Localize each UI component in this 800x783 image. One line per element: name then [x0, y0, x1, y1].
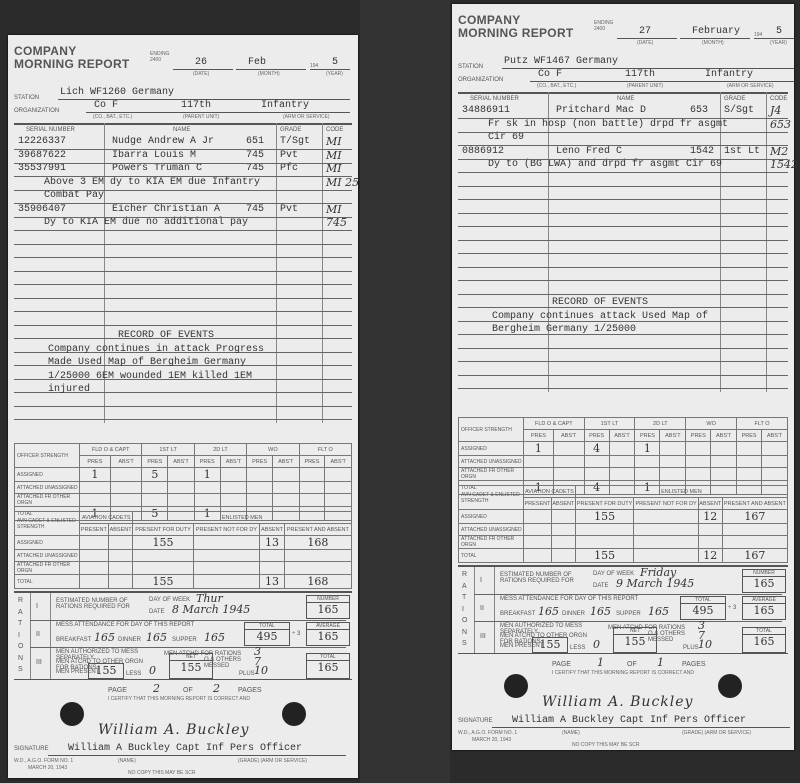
pres-header: PRES — [584, 430, 609, 442]
officer-strength-label: OFFICER STRENGTH — [459, 418, 524, 442]
cadets-absent — [108, 536, 133, 550]
cadets-present — [524, 549, 552, 563]
grade: S/Sgt — [724, 105, 754, 116]
enlisted-pnfd — [634, 524, 699, 536]
enlisted-pa — [284, 550, 351, 562]
officer-count: 1 — [194, 468, 220, 482]
officer-count — [220, 468, 247, 482]
ruled-line — [458, 213, 788, 214]
ration-date-value: 8 March 1945 — [172, 603, 250, 616]
ending-label: ENDING 2400 — [150, 51, 170, 63]
form-footer: NO COPY THIS MAY BE SCR — [572, 742, 639, 748]
page-number: 2 — [153, 682, 160, 695]
serial-number: 35906407 — [18, 204, 66, 215]
signature-typed-field: William A Buckley Capt Inf Pers Officer — [48, 743, 346, 756]
abst-header: ABS'T — [553, 430, 584, 442]
ruled-line — [14, 311, 352, 312]
enlisted-absent: 13 — [260, 575, 285, 589]
officer-count — [220, 482, 247, 494]
enlisted-pnfd — [634, 549, 699, 563]
punch-hole-right — [718, 674, 742, 698]
field-value: 27 — [639, 26, 651, 37]
pres-header: PRES — [524, 430, 554, 442]
roman-numeral: II — [480, 605, 484, 612]
dinner-value: 165 — [146, 631, 167, 644]
average-label: AVERAGE — [743, 597, 785, 604]
enlisted-pa — [722, 524, 787, 536]
status-code: 745 — [326, 216, 347, 229]
org-caption-arm: (ARM OR SERVICE) — [283, 114, 330, 120]
field-value: 26 — [195, 57, 207, 68]
officer-count — [660, 442, 686, 456]
divider — [30, 620, 346, 621]
ruled-line — [458, 388, 788, 389]
org-caption-parent: (PARENT UNIT) — [183, 114, 219, 120]
form-title: COMPANYMORNING REPORT — [458, 14, 574, 40]
date-caption: (DATE) — [637, 40, 653, 46]
form-id: W.D., A.G.O. FORM NO. 1 — [14, 758, 73, 764]
enlisted-absent — [698, 524, 722, 536]
mos-number: 745 — [246, 204, 264, 215]
ruled-line — [14, 298, 352, 299]
divider — [494, 567, 495, 653]
mess-attendance-label: MESS ATTENDANCE FOR DAY OF THIS REPORT — [56, 622, 194, 628]
field-value: Co F — [538, 69, 562, 80]
net-label: NET — [614, 628, 656, 635]
grand-total-box: TOTAL165 — [306, 653, 350, 679]
punch-hole-left — [60, 702, 84, 726]
officer-count — [711, 456, 737, 468]
entry-remark: Dy to (BG LWA) and drpd fr asgmt Cir 69 — [488, 159, 722, 170]
enlisted-strength-table: AVN CADET & ENLISTED STRENGTHAVIATION CA… — [14, 511, 352, 589]
field-value: Infantry — [705, 69, 753, 80]
row-label: ATTACHED UNASSIGNED — [459, 524, 524, 536]
cadets-absent — [551, 549, 575, 563]
ruled-line — [14, 406, 352, 407]
entry-row: 0886912Leno Fred C15421st LtM2 — [452, 146, 794, 159]
col-present-and-absent: PRESENT AND ABSENT — [722, 498, 787, 510]
col-absent: ABSENT — [698, 498, 722, 510]
officer-count — [609, 456, 635, 468]
number-value: 165 — [754, 577, 775, 590]
enlisted-absent — [260, 550, 285, 562]
average-value: 165 — [318, 630, 339, 643]
mess-total-box: TOTAL495 — [244, 622, 290, 646]
name-caption: (NAME) — [562, 730, 580, 736]
dinner-label: DINNER — [118, 637, 141, 643]
abst-header: ABS'T — [110, 456, 142, 468]
field-value: William A Buckley Capt Inf Pers Officer — [68, 743, 302, 754]
officer-count — [194, 482, 220, 494]
org-caption-unit: (CO., BAT., ETC.) — [93, 114, 132, 120]
abst-header: ABS'T — [220, 456, 247, 468]
dark-background-gap — [360, 0, 450, 783]
ruled-line — [458, 159, 788, 160]
breakfast-value: 165 — [538, 605, 559, 618]
cadets-present — [524, 536, 552, 549]
grade: Pfc — [280, 163, 298, 174]
officer-count — [609, 468, 635, 481]
men-present-box: 155 — [88, 663, 124, 679]
col-present: PRESENT — [524, 498, 552, 510]
officer-count — [553, 442, 584, 456]
cadets-absent — [551, 510, 575, 524]
divider — [30, 593, 31, 679]
pres-header: PRES — [247, 456, 273, 468]
station-label: STATION — [458, 64, 483, 70]
status-code: 1542 — [770, 158, 798, 171]
officer-count — [660, 468, 686, 481]
ruled-line — [458, 132, 788, 133]
ruled-line — [14, 176, 352, 177]
officer-count — [584, 456, 609, 468]
ruled-line — [458, 294, 788, 295]
enlisted-men-header: ENLISTED MEN — [575, 486, 787, 498]
entry-remark: Dy to KIA EM due no additional pay — [44, 217, 248, 228]
col-present-for-duty: PRESENT FOR DUTY — [133, 524, 193, 536]
number-label: NUMBER — [743, 570, 785, 577]
col-present-and-absent: PRESENT AND ABSENT — [284, 524, 351, 536]
page-total: 1 — [657, 656, 664, 669]
less-label: LESS — [570, 645, 585, 651]
officer-col-header: FLT O — [299, 444, 351, 456]
ruled-line — [14, 325, 352, 326]
row-label: ASSIGNED — [459, 442, 524, 456]
field-value: Co F — [94, 100, 118, 111]
officer-count — [325, 468, 352, 482]
ruled-line — [458, 361, 788, 362]
officer-strength-table: OFFICER STRENGTHFLD O & CAPT1ST LT2D LTW… — [14, 443, 352, 521]
officer-col-header: 2D LT — [194, 444, 246, 456]
enlisted-pa: 167 — [722, 549, 787, 563]
men-present-box: 155 — [532, 637, 568, 653]
enlisted-pnfd — [193, 550, 259, 562]
mos-number: 651 — [246, 136, 264, 147]
pres-header: PRES — [80, 456, 111, 468]
entry-row: 35906407Eicher Christian A745PvtMI — [8, 204, 358, 217]
report-date-field: 27 — [617, 26, 677, 39]
officer-count — [247, 468, 273, 482]
mos-number: 653 — [690, 105, 708, 116]
roman-numeral: I — [36, 603, 38, 610]
rations-letter: N — [18, 655, 23, 662]
mess-total-box: TOTAL495 — [680, 596, 726, 620]
officer-col-header: 1ST LT — [584, 418, 635, 430]
enlisted-absent: 12 — [698, 549, 722, 563]
report-year-field: 1945 — [754, 26, 794, 39]
net-value: 155 — [181, 661, 202, 674]
rations-letter: A — [462, 583, 467, 590]
event-line: 1/25000 6EM wounded 1EM killed 1EM — [48, 371, 252, 382]
enlisted-pnfd — [193, 562, 259, 575]
status-code: 653 — [770, 118, 791, 131]
rations-letter: T — [462, 594, 466, 601]
enlisted-absent — [698, 536, 722, 549]
grand-total-value: 165 — [318, 661, 339, 674]
entry-row: Cir 69 — [452, 132, 794, 145]
pages-label: PAGES — [238, 687, 262, 694]
officer-col-header: WO — [686, 418, 737, 430]
rations-letter: T — [18, 620, 22, 627]
event-line: Company continues attack Used Map of — [492, 311, 708, 322]
avn-strength-label: AVN CADET & ENLISTED STRENGTH — [15, 512, 80, 536]
row-label: ASSIGNED — [15, 468, 80, 482]
field-value: February — [692, 26, 740, 37]
grand-total-value: 165 — [754, 635, 775, 648]
header-rule — [14, 123, 352, 125]
dinner-label: DINNER — [562, 611, 585, 617]
station-field: Lich WF1260 Germany — [58, 87, 350, 100]
mos-number: 745 — [246, 150, 264, 161]
grade: 1st Lt — [724, 146, 760, 157]
rations-letter: S — [18, 666, 23, 673]
col-absent: ABSENT — [108, 524, 133, 536]
name-caption: (NAME) — [118, 758, 136, 764]
mos-number: 745 — [246, 163, 264, 174]
enlisted-absent: 13 — [260, 536, 285, 550]
cadets-present — [80, 562, 109, 575]
avn-strength-label: AVN CADET & ENLISTED STRENGTH — [459, 486, 524, 510]
enlisted-pfd — [133, 550, 193, 562]
entry-row: 35537991Powers Truman C745PfcMI — [8, 163, 358, 176]
officer-col-header: FLD O & CAPT — [80, 444, 142, 456]
month-caption: (MONTH) — [702, 40, 724, 46]
row-label: ATTACHED UNASSIGNED — [15, 550, 80, 562]
net-box: NET155 — [169, 653, 213, 679]
col-present-not-for-duty: PRESENT NOT FOR DY — [193, 524, 259, 536]
org-caption-parent: (PARENT UNIT) — [627, 83, 663, 89]
ruled-line — [14, 271, 352, 272]
page-label: PAGE — [552, 661, 571, 668]
enlisted-pnfd — [193, 575, 259, 589]
officer-count — [711, 468, 737, 481]
officer-strength-label: OFFICER STRENGTH — [15, 444, 80, 468]
ruled-line — [14, 419, 352, 420]
pres-header: PRES — [194, 456, 220, 468]
number-box: NUMBER165 — [742, 569, 786, 593]
enlisted-strength-table: AVN CADET & ENLISTED STRENGTHAVIATION CA… — [458, 485, 788, 563]
morning-report-card-feb-27: COMPANYMORNING REPORT ENDING 2400 27 Feb… — [452, 4, 794, 750]
officer-count — [325, 482, 352, 494]
date-caption: (DATE) — [193, 71, 209, 77]
officer-count — [524, 456, 554, 468]
officer-count — [737, 456, 762, 468]
enlisted-absent — [260, 562, 285, 575]
enlisted-pa: 167 — [722, 510, 787, 524]
field-value: Putz WF1467 Germany — [504, 56, 618, 67]
report-month-field: Feb — [236, 57, 306, 70]
pres-header: PRES — [686, 430, 711, 442]
col-present-for-duty: PRESENT FOR DUTY — [575, 498, 634, 510]
ruled-line — [458, 145, 788, 146]
enlisted-pfd — [133, 562, 193, 575]
col-present-not-for-duty: PRESENT NOT FOR DY — [634, 498, 699, 510]
abst-header: ABS'T — [660, 430, 686, 442]
rations-letter: S — [462, 640, 467, 647]
column-header-name: NAME — [173, 127, 190, 133]
page-count: PAGE2OF2PAGESI CERTIFY THAT THIS MORNING… — [8, 683, 358, 703]
col-present: PRESENT — [80, 524, 109, 536]
ruled-line — [458, 375, 788, 376]
rations-letter: R — [18, 597, 23, 604]
ending-label: ENDING 2400 — [594, 20, 614, 32]
page-label: PAGE — [108, 687, 127, 694]
plus-label: PLUS — [683, 645, 699, 651]
divider — [30, 647, 346, 648]
header-rule — [458, 92, 788, 94]
date-label: DATE — [593, 583, 609, 589]
report-month-field: February — [680, 26, 750, 39]
handwritten-signature: William A. Buckley — [98, 722, 249, 738]
enlisted-pfd — [575, 536, 634, 549]
officer-count — [168, 494, 195, 507]
plus-value: 10 — [698, 638, 712, 651]
rations-letter: A — [18, 609, 23, 616]
grade: Pvt — [280, 150, 298, 161]
grand-total-box: TOTAL165 — [742, 627, 786, 653]
enlisted-pnfd — [634, 536, 699, 549]
organization-label: ORGANIZATION — [458, 77, 503, 83]
row-label: ATTACHED FR OTHER ORGN — [459, 468, 524, 481]
abst-header: ABS'T — [609, 430, 635, 442]
certify-text: I CERTIFY THAT THIS MORNING REPORT IS CO… — [108, 696, 250, 702]
soldier-name: Nudge Andrew A Jr — [112, 136, 214, 147]
officer-count — [110, 494, 142, 507]
officer-count: 4 — [584, 442, 609, 456]
entry-row: Dy to (BG LWA) and drpd fr asgmt Cir 691… — [452, 159, 794, 172]
mess-total-value: 495 — [693, 604, 714, 617]
ruled-line — [14, 149, 352, 150]
ruled-line — [14, 163, 352, 164]
of-label: OF — [183, 687, 193, 694]
form-date: MARCH 20, 1943 — [28, 765, 67, 771]
officer-count: 1 — [80, 468, 111, 482]
mess-attendance-label: MESS ATTENDANCE FOR DAY OF THIS REPORT — [500, 596, 638, 602]
certify-text: I CERTIFY THAT THIS MORNING REPORT IS CO… — [552, 670, 694, 676]
officer-count — [635, 456, 660, 468]
officer-col-header: WO — [247, 444, 299, 456]
status-code: MI 25 — [326, 176, 359, 189]
cadets-absent — [108, 562, 133, 575]
average-value: 165 — [754, 604, 775, 617]
officer-count — [762, 442, 788, 456]
officer-strength-table: OFFICER STRENGTHFLD O & CAPT1ST LT2D LTW… — [458, 417, 788, 495]
form-footer: NO COPY THIS MAY BE SCR — [128, 770, 195, 776]
morning-report-card-feb-26: COMPANYMORNING REPORT ENDING 2400 26 Feb… — [8, 35, 358, 778]
officer-count — [762, 456, 788, 468]
form-id: W.D., A.G.O. FORM NO. 1 — [458, 730, 517, 736]
officer-count — [660, 456, 686, 468]
punch-hole-right — [282, 702, 306, 726]
officer-count — [220, 494, 247, 507]
row-label: ATTACHED FR OTHER ORGN — [459, 536, 524, 549]
enlisted-pa — [722, 536, 787, 549]
handwritten-signature: William A. Buckley — [542, 694, 693, 710]
less-label: LESS — [126, 671, 141, 677]
grade-caption: (GRADE) (ARM OR SERVICE) — [238, 758, 307, 764]
cadets-present — [80, 536, 109, 550]
grade-caption: (GRADE) (ARM OR SERVICE) — [682, 730, 751, 736]
enlisted-pa: 168 — [284, 536, 351, 550]
average-box: AVERAGE165 — [306, 622, 350, 646]
station-field: Putz WF1467 Germany — [502, 56, 794, 69]
supper-value: 165 — [204, 631, 225, 644]
row-label: TOTAL — [459, 549, 524, 563]
form-title: COMPANYMORNING REPORT — [14, 45, 130, 71]
pres-header: PRES — [142, 456, 168, 468]
est-rations-label: ESTIMATED NUMBER OF RATIONS REQUIRED FOR — [56, 598, 141, 610]
rations-letter: I — [462, 606, 464, 613]
date-label: DATE — [149, 609, 165, 615]
form-date: MARCH 20, 1943 — [472, 737, 511, 743]
punch-hole-left — [504, 674, 528, 698]
officer-count — [325, 494, 352, 507]
rations-letter: I — [18, 632, 20, 639]
year-caption: (YEAR) — [770, 40, 787, 46]
record-of-events-heading: RECORD OF EVENTS — [552, 297, 648, 308]
breakfast-label: BREAKFAST — [500, 611, 535, 617]
ruled-line — [458, 240, 788, 241]
field-value: 117th — [181, 100, 211, 111]
page-count: PAGE1OF1PAGESI CERTIFY THAT THIS MORNING… — [452, 657, 794, 677]
entry-remark: Cir 69 — [488, 132, 524, 143]
event-line: injured — [48, 384, 90, 395]
divider — [474, 567, 475, 653]
entry-remark: Above 3 EM dy to KIA EM due Infantry — [44, 177, 260, 188]
entry-remark: Combat Pay — [44, 190, 104, 201]
mess-total-value: 495 — [257, 630, 278, 643]
divider — [474, 594, 782, 595]
officer-count: 5 — [142, 468, 168, 482]
net-box: NET155 — [613, 627, 657, 653]
average-box: AVERAGE165 — [742, 596, 786, 620]
ruled-line — [458, 172, 788, 173]
mos-number: 1542 — [690, 146, 714, 157]
officer-count — [168, 468, 195, 482]
soldier-name: Leno Fred C — [556, 146, 622, 157]
ruled-line — [14, 257, 352, 258]
officer-count — [142, 494, 168, 507]
row-label: ATTACHED FR OTHER ORGN — [15, 562, 80, 575]
cadets-absent — [108, 550, 133, 562]
officer-count — [194, 494, 220, 507]
field-value: 117th — [625, 69, 655, 80]
officer-count — [524, 468, 554, 481]
less-value: 0 — [593, 638, 600, 651]
field-value: 5 — [332, 57, 338, 68]
officer-count — [273, 494, 300, 507]
officer-count — [686, 456, 711, 468]
entry-row: Fr sk in hosp (non battle) drpd fr asgmt… — [452, 119, 794, 132]
officer-count: 1 — [635, 442, 660, 456]
rations-letter: O — [462, 617, 467, 624]
rations-letter: N — [462, 629, 467, 636]
ruled-line — [458, 118, 788, 119]
plus-value: 10 — [254, 664, 268, 677]
ruled-line — [458, 253, 788, 254]
of-label: OF — [627, 661, 637, 668]
roman-numeral: I — [480, 577, 482, 584]
officer-count — [299, 468, 325, 482]
cadets-present — [524, 510, 552, 524]
soldier-name: Powers Truman C — [112, 163, 202, 174]
month-caption: (MONTH) — [258, 71, 280, 77]
supper-label: SUPPER — [616, 611, 641, 617]
serial-number: 12226337 — [18, 136, 66, 147]
officer-count — [80, 482, 111, 494]
officer-count — [247, 482, 273, 494]
officer-count — [553, 456, 584, 468]
